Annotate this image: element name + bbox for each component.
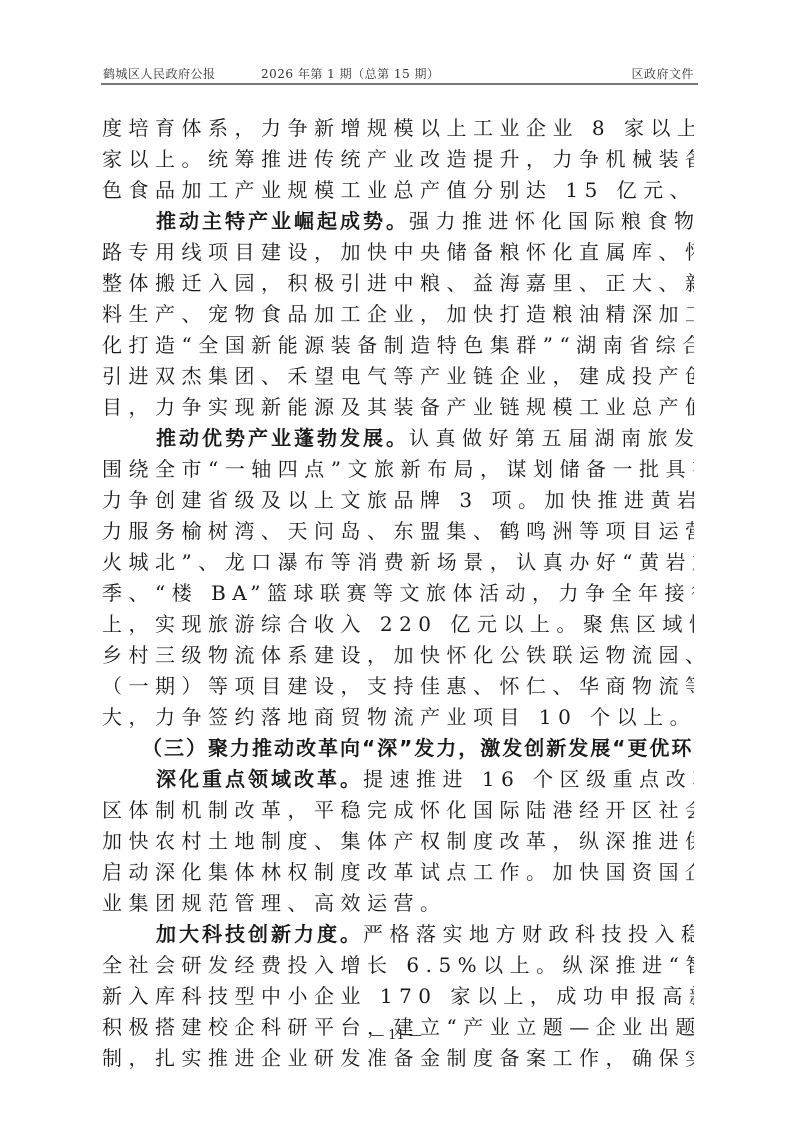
paragraph-main-industries: 推动主特产业崛起成势。强力推进怀化国际粮食物流加工产业园、铁 路专用线项目建设，… [102, 206, 694, 423]
text-fragment: 提速推进 16 个区级重点改革事项。全面深化园 [363, 767, 694, 791]
document-body: 度培育体系，力争新增规模以上工业企业 8 家以上、“专精特新”企业 4 家以上。… [102, 113, 694, 1074]
paragraph-continuation: 度培育体系，力争新增规模以上工业企业 8 家以上、“专精特新”企业 4 家以上。… [102, 113, 694, 206]
text-line: 业集团规范管理、高效运营。 [102, 888, 694, 919]
document-category: 区政府文件 [631, 65, 694, 82]
publication-name: 鹤城区人民政府公报 [103, 65, 216, 82]
text-line: 料生产、宠物食品加工企业，加快打造粮油精深加工产业链。积极助力怀 [102, 299, 694, 330]
text-line: 全社会研发经费投入增长 6.5%以上。纵深推进“智赋百企”行动，力争 [102, 950, 694, 981]
text-line: 引进双杰集团、禾望电气等产业链企业，建成投产创宇超级电容电池等项 [102, 361, 694, 392]
text-line: 色食品加工产业规模工业总产值分别达 15 亿元、20 亿元、20 亿元以上。 [102, 175, 694, 206]
text-line: 目，力争实现新能源及其装备产业链规模工业总产值增长 20%以上。 [102, 392, 694, 423]
paragraph-lead: 推动主特产业崛起成势。 [156, 209, 409, 233]
text-line: 家以上。统筹推进传统产业改造提升，力争机械装备制造、电子信息、绿 [102, 144, 694, 175]
text-line: 加大科技创新力度。严格落实地方财政科技投入稳定增长机制，力争 [102, 919, 694, 950]
text-line: 加快农村土地制度、集体产权制度改革，纵深推进供销合作社综合改革， [102, 826, 694, 857]
text-line: 火城北”、龙口瀑布等消费新场景，认真办好“黄岩放歌”山歌号子创演 [102, 547, 694, 578]
text-line: 大，力争签约落地商贸物流产业项目 10 个以上。 [102, 702, 694, 733]
text-line: 化打造“全国新能源装备制造特色集群”“湖南省综合能源基地”，全力 [102, 330, 694, 361]
text-line: 制，扎实推进企业研发准备金制度备案工作，确保实现技术合同成交额增 [102, 1043, 694, 1074]
paragraph-lead: 推动优势产业蓬勃发展。 [156, 426, 409, 450]
text-line: 路专用线项目建设，加快中央储备粮怀化直属库、怀化第二粮油直属仓库 [102, 237, 694, 268]
text-line: 新入库科技型中小企业 170 家以上，成功申报高新技术企业 20 家以上。 [102, 981, 694, 1012]
paragraph-reform: 深化重点领域改革。提速推进 16 个区级重点改革事项。全面深化园 区体制机制改革… [102, 764, 694, 919]
text-line: 度培育体系，力争新增规模以上工业企业 8 家以上、“专精特新”企业 4 [102, 113, 694, 144]
text-fragment: 认真做好第五届湖南旅发大会“后半篇文章”， [409, 426, 694, 450]
text-line: 区体制机制改革，平稳完成怀化国际陆港经开区社会事务剥离承接工作。 [102, 795, 694, 826]
text-line: 启动深化集体林权制度改革试点工作。加快国资国企改革，推动市经投实 [102, 857, 694, 888]
paragraph-tech-innovation: 加大科技创新力度。严格落实地方财政科技投入稳定增长机制，力争 全社会研发经费投入… [102, 919, 694, 1074]
text-fragment: 严格落实地方财政科技投入稳定增长机制，力争 [363, 922, 694, 946]
running-header: 鹤城区人民政府公报 2026 年第 1 期（总第 15 期） 区政府文件 [101, 63, 698, 83]
text-line: 乡村三级物流体系建设，加快怀化公铁联运物流园、主城区冷链仓储物流 [102, 640, 694, 671]
text-line: 围绕全市“一轴四点”文旅新布局，谋划储备一批具有牵引力的新项目， [102, 454, 694, 485]
text-line: 推动主特产业崛起成势。强力推进怀化国际粮食物流加工产业园、铁 [102, 206, 694, 237]
issue-info: 2026 年第 1 期（总第 15 期） [261, 65, 440, 82]
text-fragment: 强力推进怀化国际粮食物流加工产业园、铁 [409, 209, 694, 233]
text-line: 整体搬迁入园，积极引进中粮、益海嘉里、正大、新希望等食品加工、饲 [102, 268, 694, 299]
text-line: 力服务榆树湾、天问岛、东盟集、鹤鸣洲等项目运营发展，持续优化“烟 [102, 516, 694, 547]
paragraph-advantage-industries: 推动优势产业蓬勃发展。认真做好第五届湖南旅发大会“后半篇文章”， 围绕全市“一轴… [102, 423, 694, 733]
text-line: 力争创建省级及以上文旅品牌 3 项。加快推进黄岩旅游景区提质升级，全 [102, 485, 694, 516]
paragraph-lead: 深化重点领域改革。 [156, 767, 363, 791]
text-line: 推动优势产业蓬勃发展。认真做好第五届湖南旅发大会“后半篇文章”， [102, 423, 694, 454]
text-line: 季、“楼 BA”篮球联赛等文旅体活动，力争全年接待游客 2420 万人次以 [102, 578, 694, 609]
section-heading: （三）聚力推动改革向“深”发力，激发创新发展“更优环境” [102, 733, 694, 764]
page-number: — 11 — [0, 1028, 793, 1043]
paragraph-lead: 加大科技创新力度。 [156, 922, 363, 946]
text-line: 上，实现旅游综合收入 220 亿元以上。聚焦区域性物流中心建设，推进区 [102, 609, 694, 640]
text-line: （一期）等项目建设，支持佳惠、怀仁、华商物流等 A 级物流企业发展壮 [102, 671, 694, 702]
text-line: 深化重点领域改革。提速推进 16 个区级重点改革事项。全面深化园 [102, 764, 694, 795]
header-rule [101, 83, 698, 85]
